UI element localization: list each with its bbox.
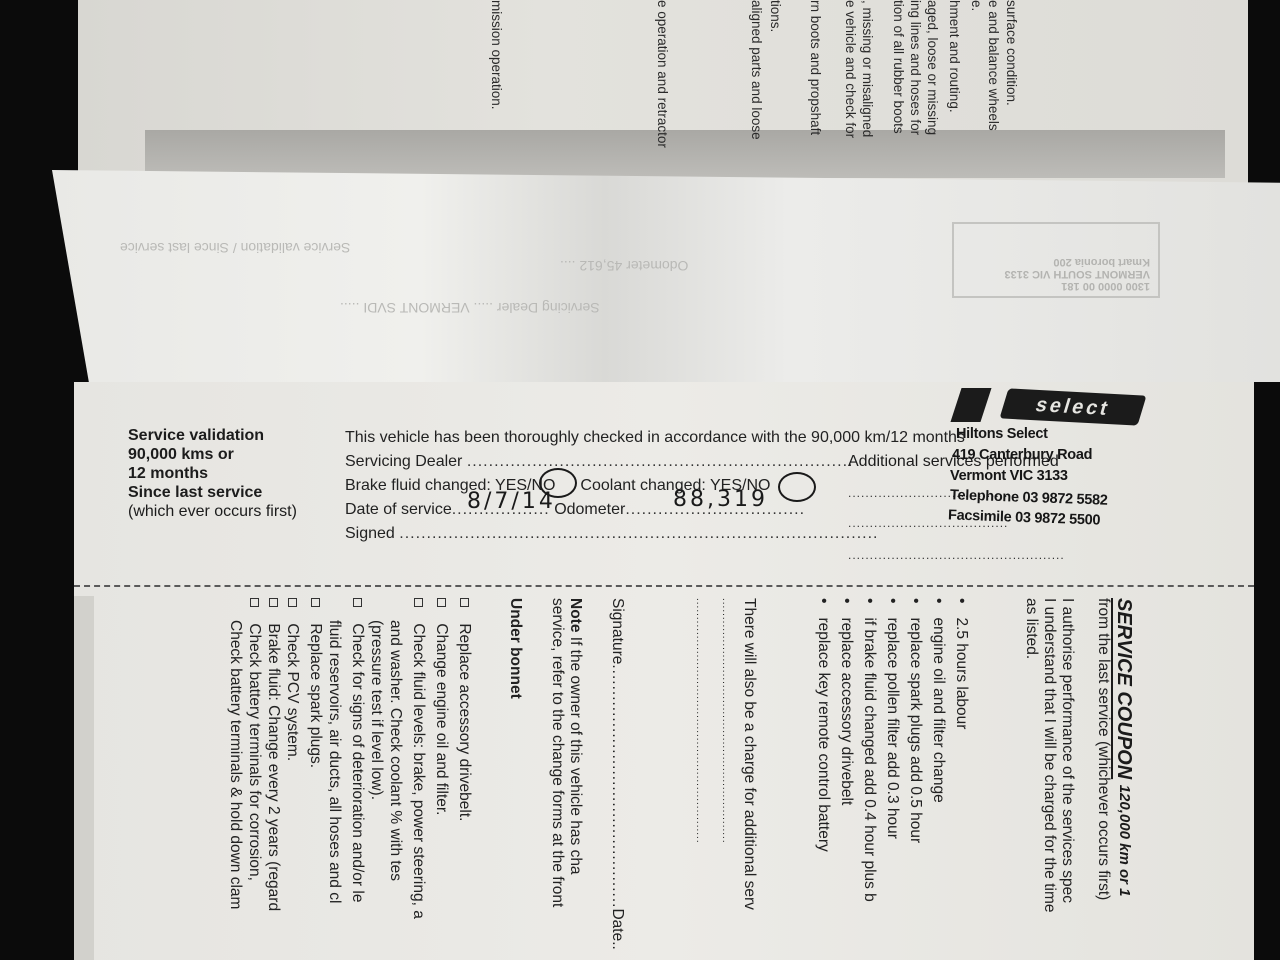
checklist-item[interactable]: Check battery terminals for corrosion, — [245, 598, 264, 919]
coupon-bullets: •2.5 hours labour •engine oil and filter… — [812, 598, 973, 902]
top-text: rn boots and propshaft — [807, 0, 824, 135]
top-text: , missing or misaligned — [859, 0, 876, 137]
bleed-through-text: Service validation / Since last service — [120, 240, 350, 256]
coupon-interval: 120,000 km or 1 — [1116, 785, 1133, 897]
coupon-title-text: SERVICE COUPON — [1113, 598, 1135, 779]
checklist-item[interactable]: Brake fluid: Change every 2 years (regar… — [264, 598, 283, 919]
additional-charge-text: There will also be a charge for addition… — [740, 598, 758, 910]
top-text: aged, loose or missing — [924, 0, 941, 135]
intro-text: This vehicle has been thoroughly checked… — [345, 426, 965, 450]
checkbox[interactable] — [353, 598, 362, 607]
coupon-title: SERVICE COUPON 120,000 km or 1 — [1112, 598, 1135, 896]
top-text: e. — [968, 0, 985, 11]
additional-services-line[interactable]: ........................................… — [848, 548, 1065, 562]
bleed-through-text: Servicing Dealer ..... VERMONT SVDI ....… — [340, 300, 600, 316]
validation-heading: Service validation — [128, 426, 297, 445]
checklist-item[interactable]: Change engine oil and filter. — [432, 598, 451, 919]
checklist-item-continued: (pressure test if level low). — [367, 598, 386, 919]
dealer-address: 419 Canterbury Road — [952, 447, 1092, 463]
top-text: tions. — [767, 0, 784, 32]
bullet-item: •if brake fluid changed add 0.4 hour plu… — [858, 598, 881, 902]
servicing-dealer-label: Servicing Dealer — [345, 453, 462, 470]
top-text: e vehicle and check for — [842, 0, 859, 138]
date-of-service-value[interactable]: 8/7/14 — [467, 490, 556, 514]
checklist-item[interactable]: Check fluid levels: brake, power steerin… — [409, 598, 428, 919]
date-of-service-label: Date of service — [345, 501, 452, 518]
checkbox[interactable] — [269, 598, 278, 607]
authorise-line: I authorise performance of the services … — [1058, 598, 1076, 912]
authorise-line: as listed. — [1022, 598, 1040, 912]
top-text: hment and routing. — [946, 0, 963, 113]
checklist-item[interactable]: Replace spark plugs. — [306, 598, 325, 919]
top-text: mission operation. — [488, 0, 505, 110]
bullet-item: •replace key remote control battery — [812, 598, 835, 902]
bleed-through-text: Odometer 45,612 .... — [560, 258, 688, 274]
authorise-text: I authorise performance of the services … — [1022, 598, 1076, 912]
stamp-fragment: 1300 0000 00 181 — [962, 280, 1150, 292]
additional-services-line[interactable]: ........................................… — [716, 598, 734, 844]
bullet-item: •replace spark plugs add 0.5 hour — [904, 598, 927, 902]
top-text: e and balance wheels — [985, 0, 1002, 131]
signed-label: Signed — [345, 525, 395, 542]
under-bonnet-checklist: Replace accessory drivebelt. Change engi… — [226, 598, 474, 919]
owner-note: Note If the owner of this vehicle has ch… — [548, 598, 584, 907]
stamp-fragment: Kmart boronia 200 — [962, 256, 1150, 268]
dealer-suburb: Vermont VIC 3133 — [950, 468, 1068, 484]
top-text: tion of all rubber boots — [890, 0, 907, 134]
checkbox[interactable] — [288, 598, 297, 607]
coupon-subtitle: from the last service (whichever occurs … — [1094, 598, 1112, 900]
checkbox[interactable] — [250, 598, 259, 607]
note-line: If the owner of this vehicle has cha — [567, 632, 584, 874]
date-label: Date — [609, 908, 626, 941]
section-heading: Under bonnet — [506, 598, 524, 699]
checklist-item[interactable]: Replace accessory drivebelt. — [455, 598, 474, 919]
checkbox[interactable] — [460, 598, 469, 607]
checkbox[interactable] — [414, 598, 423, 607]
dealer-name: Hiltons Select — [956, 426, 1048, 442]
validation-interval-months: 12 months — [128, 464, 297, 483]
dealer-fax: Facsimile 03 9872 5500 — [948, 507, 1101, 528]
top-text: e operation and retractor — [654, 0, 671, 148]
checkbox[interactable] — [311, 598, 320, 607]
service-validation-label: Service validation 90,000 kms or 12 mont… — [128, 426, 297, 521]
dealer-logo-icon — [950, 388, 991, 422]
validation-note: (which ever occurs first) — [128, 502, 297, 521]
checklist-item[interactable]: Check for signs of deterioration and/or … — [348, 598, 367, 919]
signature-label: Signature — [609, 598, 626, 664]
checklist-item[interactable]: Check PCV system. — [283, 598, 302, 919]
bullet-item: •replace pollen filter add 0.3 hour — [881, 598, 904, 902]
top-text: aligned parts and loose — [748, 0, 765, 140]
dealer-phone: Telephone 03 9872 5582 — [950, 487, 1108, 508]
validation-since: Since last service — [128, 483, 297, 502]
checkbox[interactable] — [437, 598, 446, 607]
dealer-brand: select — [999, 388, 1146, 425]
note-line: service, refer to the change forms at th… — [548, 598, 566, 907]
top-text: ing lines and hoses for — [907, 0, 924, 135]
bleed-through-stamp: 1300 0000 00 181 VERMONT SOUTH VIC 3133 … — [952, 222, 1160, 298]
dealer-stamp: select Hiltons Select 419 Canterbury Roa… — [948, 384, 1148, 534]
page-shadow — [145, 130, 1225, 178]
page-edge — [74, 596, 94, 960]
stamp-fragment: VERMONT SOUTH VIC 3133 — [962, 268, 1150, 280]
perforation-line — [74, 585, 1254, 587]
additional-services-line[interactable]: ........................................… — [690, 598, 708, 844]
odometer-value[interactable]: 88,319 — [673, 488, 768, 512]
signature-field[interactable]: Signature...............................… — [608, 598, 626, 950]
checklist-item-continued: and washer. Check coolant % with tes — [386, 598, 405, 919]
bullet-item: •2.5 hours labour — [950, 598, 973, 902]
bullet-item: •engine oil and filter change — [927, 598, 950, 902]
note-label: Note — [567, 598, 584, 632]
checklist-item-continued: Check battery terminals & hold down clam — [226, 598, 245, 919]
checklist-item-continued: fluid reservoirs, air ducts, all hoses a… — [325, 598, 344, 919]
odometer-label: Odometer — [554, 501, 625, 518]
validation-interval-km: 90,000 kms or — [128, 445, 297, 464]
bullet-item: •replace accessory drivebelt — [835, 598, 858, 902]
authorise-line: I understand that I will be charged for … — [1040, 598, 1058, 912]
top-text: surface condition. — [1003, 0, 1020, 106]
